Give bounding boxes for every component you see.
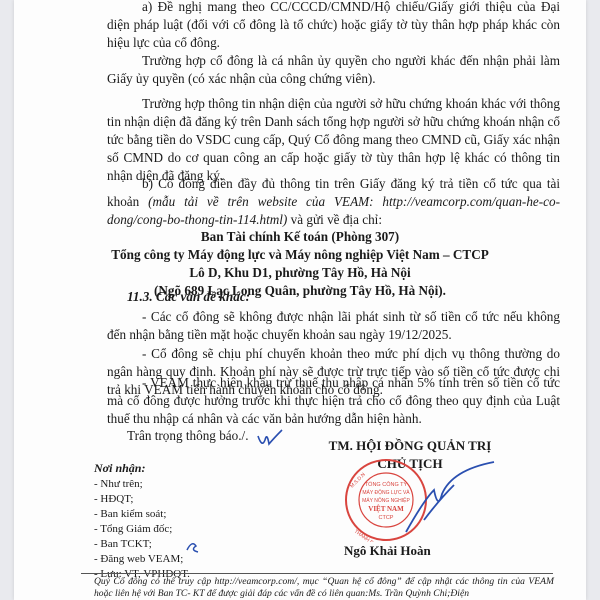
recipient: - Tổng Giám đốc; <box>94 522 190 537</box>
address-line-3: Lô D, Khu D1, phường Tây Hồ, Hà Nội <box>14 264 586 282</box>
address-line-1: Ban Tài chính Kế toán (Phòng 307) <box>14 228 586 246</box>
footer-note: Quý Cổ đông có thể truy cập http://veamc… <box>94 576 554 600</box>
initial-signature-icon <box>254 428 284 450</box>
paragraph-id-documents: a) Đề nghị mang theo CC/CCCD/CMND/Hộ chi… <box>107 0 560 52</box>
paragraph-identity-mismatch: Trường hợp thông tin nhận diện của người… <box>107 95 560 185</box>
address-line-4: (Ngõ 689 Lạc Long Quân, phường Tây Hồ, H… <box>14 282 586 300</box>
initial-mark-icon <box>184 538 202 554</box>
address-line-2: Tổng công ty Máy động lực và Máy nông ng… <box>14 246 586 264</box>
paragraph-bank-transfer: b) Cổ đông điền đầy đủ thông tin trên Gi… <box>107 175 560 229</box>
closing: Trân trọng thông báo./. <box>127 427 327 445</box>
svg-text:CTCP: CTCP <box>379 515 394 521</box>
chairman-signature-icon <box>394 460 504 535</box>
recipient: - HĐQT; <box>94 492 190 507</box>
item-interest: - Các cổ đông sẽ không được nhận lãi phá… <box>107 308 560 344</box>
recipient: - Như trên; <box>94 477 190 492</box>
item-tax: - VEAM thực hiện khấu trừ thuế thu nhập … <box>107 374 560 428</box>
section-heading: 11.3. Các vấn đề khác: <box>127 289 250 305</box>
paragraph-authorization: Trường hợp cổ đông là cá nhân ủy quyền c… <box>107 52 560 88</box>
recipient: - Đăng web VEAM; <box>94 552 190 567</box>
recipient: - Ban kiểm soát; <box>94 507 190 522</box>
signer-name: Ngô Khải Hoàn <box>344 543 431 559</box>
document-page: a) Đề nghị mang theo CC/CCCD/CMND/Hộ chi… <box>14 0 586 600</box>
recipients-list: Nơi nhận: - Như trên; - HĐQT; - Ban kiểm… <box>94 461 190 582</box>
footer-divider <box>81 573 553 574</box>
recipient: - Ban TCKT; <box>94 537 190 552</box>
